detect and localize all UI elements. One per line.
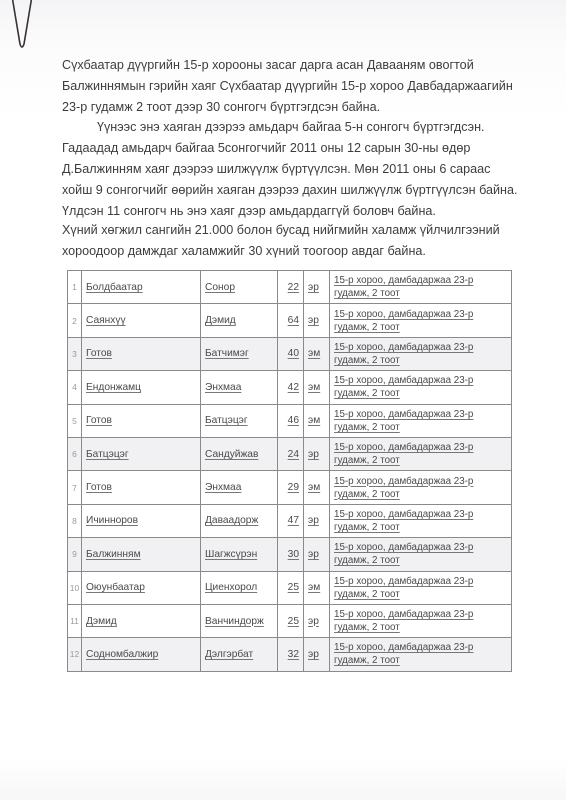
age-cell: 22 bbox=[278, 271, 304, 304]
voter-table: 1БолдбаатарСонор22эр15-р хороо, дамбадар… bbox=[67, 270, 512, 672]
first-name-cell: Даваадорж bbox=[201, 504, 278, 537]
last-name-cell-text: Саянхүү bbox=[86, 315, 126, 326]
first-name-cell-text: Ванчиндорж bbox=[205, 616, 264, 627]
age-cell: 32 bbox=[278, 638, 304, 671]
address-cell: 15-р хороо, дамбадаржаа 23-р гудамж, 2 т… bbox=[330, 437, 512, 470]
table-row: 11ДэмидВанчиндорж25эр15-р хороо, дамбада… bbox=[68, 604, 512, 637]
age-cell: 25 bbox=[278, 604, 304, 637]
sex-cell: эм bbox=[304, 337, 330, 370]
paragraph-voter-transfers: Үүнээс энэ хаяган дээрээ амьдарч байгаа … bbox=[62, 117, 532, 222]
table-row: 7ГотовЭнхмаа29эм15-р хороо, дамбадаржаа … bbox=[68, 471, 512, 504]
row-number: 9 bbox=[68, 538, 82, 571]
first-name-cell: Дэлгэрбат bbox=[201, 638, 278, 671]
last-name-cell-text: Готов bbox=[86, 348, 112, 359]
sex-cell: эр bbox=[304, 504, 330, 537]
sex-cell: эм bbox=[304, 371, 330, 404]
address-cell: 15-р хороо, дамбадаржаа 23-р гудамж, 2 т… bbox=[330, 504, 512, 537]
address-cell-text: 15-р хороо, дамбадаржаа 23-р гудамж, 2 т… bbox=[334, 509, 473, 533]
last-name-cell-text: Балжинням bbox=[86, 549, 141, 560]
row-number: 11 bbox=[68, 604, 82, 637]
sex-cell-text: эр bbox=[308, 282, 319, 293]
last-name-cell: Готов bbox=[82, 337, 201, 370]
row-number-text: 7 bbox=[72, 483, 77, 493]
age-cell-text: 29 bbox=[288, 482, 299, 493]
paperclip-icon bbox=[8, 0, 34, 56]
scanned-page: Сүхбаатар дүүргийн 15-р хорооны засаг да… bbox=[0, 0, 566, 800]
last-name-cell-text: Оюунбаатар bbox=[86, 582, 145, 593]
last-name-cell: Оюунбаатар bbox=[82, 571, 201, 604]
row-number-text: 1 bbox=[72, 282, 77, 292]
age-cell-text: 32 bbox=[288, 649, 299, 660]
first-name-cell-text: Сонор bbox=[205, 282, 235, 293]
first-name-cell: Дэмид bbox=[201, 304, 278, 337]
row-number-text: 6 bbox=[72, 449, 77, 459]
age-cell-text: 64 bbox=[288, 315, 299, 326]
first-name-cell-text: Дэлгэрбат bbox=[205, 649, 253, 660]
first-name-cell-text: Батцэцэг bbox=[205, 415, 248, 426]
table-row: 5ГотовБатцэцэг46эм15-р хороо, дамбадаржа… bbox=[68, 404, 512, 437]
sex-cell: эм bbox=[304, 471, 330, 504]
first-name-cell: Батцэцэг bbox=[201, 404, 278, 437]
table-row: 4ЕндонжамцЭнхмаа42эм15-р хороо, дамбадар… bbox=[68, 371, 512, 404]
table-row: 9БалжиннямШагжсүрэн30эр15-р хороо, дамба… bbox=[68, 538, 512, 571]
last-name-cell: Саянхүү bbox=[82, 304, 201, 337]
sex-cell-text: эр bbox=[308, 449, 319, 460]
sex-cell: эм bbox=[304, 571, 330, 604]
address-cell: 15-р хороо, дамбадаржаа 23-р гудамж, 2 т… bbox=[330, 471, 512, 504]
row-number: 10 bbox=[68, 571, 82, 604]
address-cell-text: 15-р хороо, дамбадаржаа 23-р гудамж, 2 т… bbox=[334, 442, 473, 466]
last-name-cell: Батцэцэг bbox=[82, 437, 201, 470]
age-cell-text: 47 bbox=[288, 515, 299, 526]
row-number: 7 bbox=[68, 471, 82, 504]
address-cell: 15-р хороо, дамбадаржаа 23-р гудамж, 2 т… bbox=[330, 337, 512, 370]
address-cell: 15-р хороо, дамбадаржаа 23-р гудамж, 2 т… bbox=[330, 571, 512, 604]
first-name-cell-text: Циенхорол bbox=[205, 582, 257, 593]
age-cell-text: 42 bbox=[288, 382, 299, 393]
sex-cell: эр bbox=[304, 437, 330, 470]
sex-cell-text: эм bbox=[308, 382, 320, 393]
sex-cell-text: эр bbox=[308, 616, 319, 627]
sex-cell-text: эр bbox=[308, 549, 319, 560]
last-name-cell-text: Готов bbox=[86, 415, 112, 426]
last-name-cell: Балжинням bbox=[82, 538, 201, 571]
last-name-cell-text: Готов bbox=[86, 482, 112, 493]
table-row: 3ГотовБатчимэг40эм15-р хороо, дамбадаржа… bbox=[68, 337, 512, 370]
first-name-cell-text: Батчимэг bbox=[205, 348, 249, 359]
address-cell-text: 15-р хороо, дамбадаржаа 23-р гудамж, 2 т… bbox=[334, 409, 473, 433]
age-cell-text: 22 bbox=[288, 282, 299, 293]
last-name-cell: Готов bbox=[82, 471, 201, 504]
age-cell-text: 46 bbox=[288, 415, 299, 426]
age-cell: 46 bbox=[278, 404, 304, 437]
address-cell-text: 15-р хороо, дамбадаржаа 23-р гудамж, 2 т… bbox=[334, 576, 473, 600]
last-name-cell: Ендонжамц bbox=[82, 371, 201, 404]
row-number-text: 9 bbox=[72, 549, 77, 559]
age-cell-text: 24 bbox=[288, 449, 299, 460]
last-name-cell-text: Ичинноров bbox=[86, 515, 138, 526]
age-cell: 47 bbox=[278, 504, 304, 537]
address-cell-text: 15-р хороо, дамбадаржаа 23-р гудамж, 2 т… bbox=[334, 642, 473, 666]
age-cell-text: 25 bbox=[288, 616, 299, 627]
sex-cell-text: эм bbox=[308, 415, 320, 426]
table-row: 6БатцэцэгСандуйжав24эр15-р хороо, дамбад… bbox=[68, 437, 512, 470]
address-cell: 15-р хороо, дамбадаржаа 23-р гудамж, 2 т… bbox=[330, 404, 512, 437]
first-name-cell-text: Сандуйжав bbox=[205, 449, 258, 460]
sex-cell: эр bbox=[304, 604, 330, 637]
row-number: 12 bbox=[68, 638, 82, 671]
row-number: 6 bbox=[68, 437, 82, 470]
last-name-cell-text: Ендонжамц bbox=[86, 382, 141, 393]
row-number-text: 10 bbox=[70, 583, 79, 593]
sex-cell-text: эр bbox=[308, 649, 319, 660]
sex-cell: эр bbox=[304, 638, 330, 671]
first-name-cell-text: Даваадорж bbox=[205, 515, 258, 526]
address-cell: 15-р хороо, дамбадаржаа 23-р гудамж, 2 т… bbox=[330, 604, 512, 637]
address-cell: 15-р хороо, дамбадаржаа 23-р гудамж, 2 т… bbox=[330, 271, 512, 304]
sex-cell: эр bbox=[304, 538, 330, 571]
first-name-cell-text: Шагжсүрэн bbox=[205, 549, 257, 560]
first-name-cell-text: Энхмаа bbox=[205, 382, 241, 393]
sex-cell: эм bbox=[304, 404, 330, 437]
age-cell: 25 bbox=[278, 571, 304, 604]
last-name-cell: Содномбалжир bbox=[82, 638, 201, 671]
address-cell-text: 15-р хороо, дамбадаржаа 23-р гудамж, 2 т… bbox=[334, 275, 473, 299]
sex-cell-text: эм bbox=[308, 348, 320, 359]
row-number-text: 4 bbox=[72, 382, 77, 392]
age-cell: 24 bbox=[278, 437, 304, 470]
row-number: 4 bbox=[68, 371, 82, 404]
first-name-cell: Батчимэг bbox=[201, 337, 278, 370]
address-cell-text: 15-р хороо, дамбадаржаа 23-р гудамж, 2 т… bbox=[334, 476, 473, 500]
first-name-cell: Энхмаа bbox=[201, 371, 278, 404]
sex-cell: эр bbox=[304, 304, 330, 337]
first-name-cell: Циенхорол bbox=[201, 571, 278, 604]
first-name-cell-text: Дэмид bbox=[205, 315, 236, 326]
first-name-cell: Энхмаа bbox=[201, 471, 278, 504]
age-cell: 29 bbox=[278, 471, 304, 504]
last-name-cell: Болдбаатар bbox=[82, 271, 201, 304]
sex-cell: эр bbox=[304, 271, 330, 304]
row-number: 5 bbox=[68, 404, 82, 437]
paragraph-welfare-benefits: Хүний хөгжил сангийн 21.000 болон бусад … bbox=[62, 220, 532, 262]
last-name-cell: Дэмид bbox=[82, 604, 201, 637]
age-cell: 42 bbox=[278, 371, 304, 404]
address-cell-text: 15-р хороо, дамбадаржаа 23-р гудамж, 2 т… bbox=[334, 342, 473, 366]
age-cell-text: 40 bbox=[288, 348, 299, 359]
age-cell: 40 bbox=[278, 337, 304, 370]
first-name-cell: Ванчиндорж bbox=[201, 604, 278, 637]
address-cell-text: 15-р хороо, дамбадаржаа 23-р гудамж, 2 т… bbox=[334, 309, 473, 333]
last-name-cell-text: Дэмид bbox=[86, 616, 117, 627]
row-number: 2 bbox=[68, 304, 82, 337]
paragraph-address-registration: Сүхбаатар дүүргийн 15-р хорооны засаг да… bbox=[62, 55, 532, 118]
age-cell-text: 25 bbox=[288, 582, 299, 593]
row-number-text: 12 bbox=[70, 649, 79, 659]
address-cell-text: 15-р хороо, дамбадаржаа 23-р гудамж, 2 т… bbox=[334, 609, 473, 633]
age-cell-text: 30 bbox=[288, 549, 299, 560]
row-number: 8 bbox=[68, 504, 82, 537]
sex-cell-text: эм bbox=[308, 482, 320, 493]
table-row: 12СодномбалжирДэлгэрбат32эр15-р хороо, д… bbox=[68, 638, 512, 671]
first-name-cell-text: Энхмаа bbox=[205, 482, 241, 493]
address-cell-text: 15-р хороо, дамбадаржаа 23-р гудамж, 2 т… bbox=[334, 542, 473, 566]
row-number: 3 bbox=[68, 337, 82, 370]
row-number-text: 5 bbox=[72, 416, 77, 426]
last-name-cell: Готов bbox=[82, 404, 201, 437]
address-cell: 15-р хороо, дамбадаржаа 23-р гудамж, 2 т… bbox=[330, 538, 512, 571]
address-cell: 15-р хороо, дамбадаржаа 23-р гудамж, 2 т… bbox=[330, 371, 512, 404]
sex-cell-text: эм bbox=[308, 582, 320, 593]
first-name-cell: Шагжсүрэн bbox=[201, 538, 278, 571]
address-cell-text: 15-р хороо, дамбадаржаа 23-р гудамж, 2 т… bbox=[334, 375, 473, 399]
last-name-cell-text: Болдбаатар bbox=[86, 282, 143, 293]
first-name-cell: Сандуйжав bbox=[201, 437, 278, 470]
table-row: 2СаянхүүДэмид64эр15-р хороо, дамбадаржаа… bbox=[68, 304, 512, 337]
row-number-text: 11 bbox=[70, 616, 79, 626]
table-row: 1БолдбаатарСонор22эр15-р хороо, дамбадар… bbox=[68, 271, 512, 304]
row-number: 1 bbox=[68, 271, 82, 304]
row-number-text: 8 bbox=[72, 516, 77, 526]
sex-cell-text: эр bbox=[308, 315, 319, 326]
last-name-cell-text: Содномбалжир bbox=[86, 649, 158, 660]
address-cell: 15-р хороо, дамбадаржаа 23-р гудамж, 2 т… bbox=[330, 304, 512, 337]
row-number-text: 3 bbox=[72, 349, 77, 359]
row-number-text: 2 bbox=[72, 316, 77, 326]
sex-cell-text: эр bbox=[308, 515, 319, 526]
table-row: 10ОюунбаатарЦиенхорол25эм15-р хороо, дам… bbox=[68, 571, 512, 604]
age-cell: 30 bbox=[278, 538, 304, 571]
last-name-cell-text: Батцэцэг bbox=[86, 449, 129, 460]
first-name-cell: Сонор bbox=[201, 271, 278, 304]
age-cell: 64 bbox=[278, 304, 304, 337]
table-row: 8ИчинноровДаваадорж47эр15-р хороо, дамба… bbox=[68, 504, 512, 537]
address-cell: 15-р хороо, дамбадаржаа 23-р гудамж, 2 т… bbox=[330, 638, 512, 671]
last-name-cell: Ичинноров bbox=[82, 504, 201, 537]
